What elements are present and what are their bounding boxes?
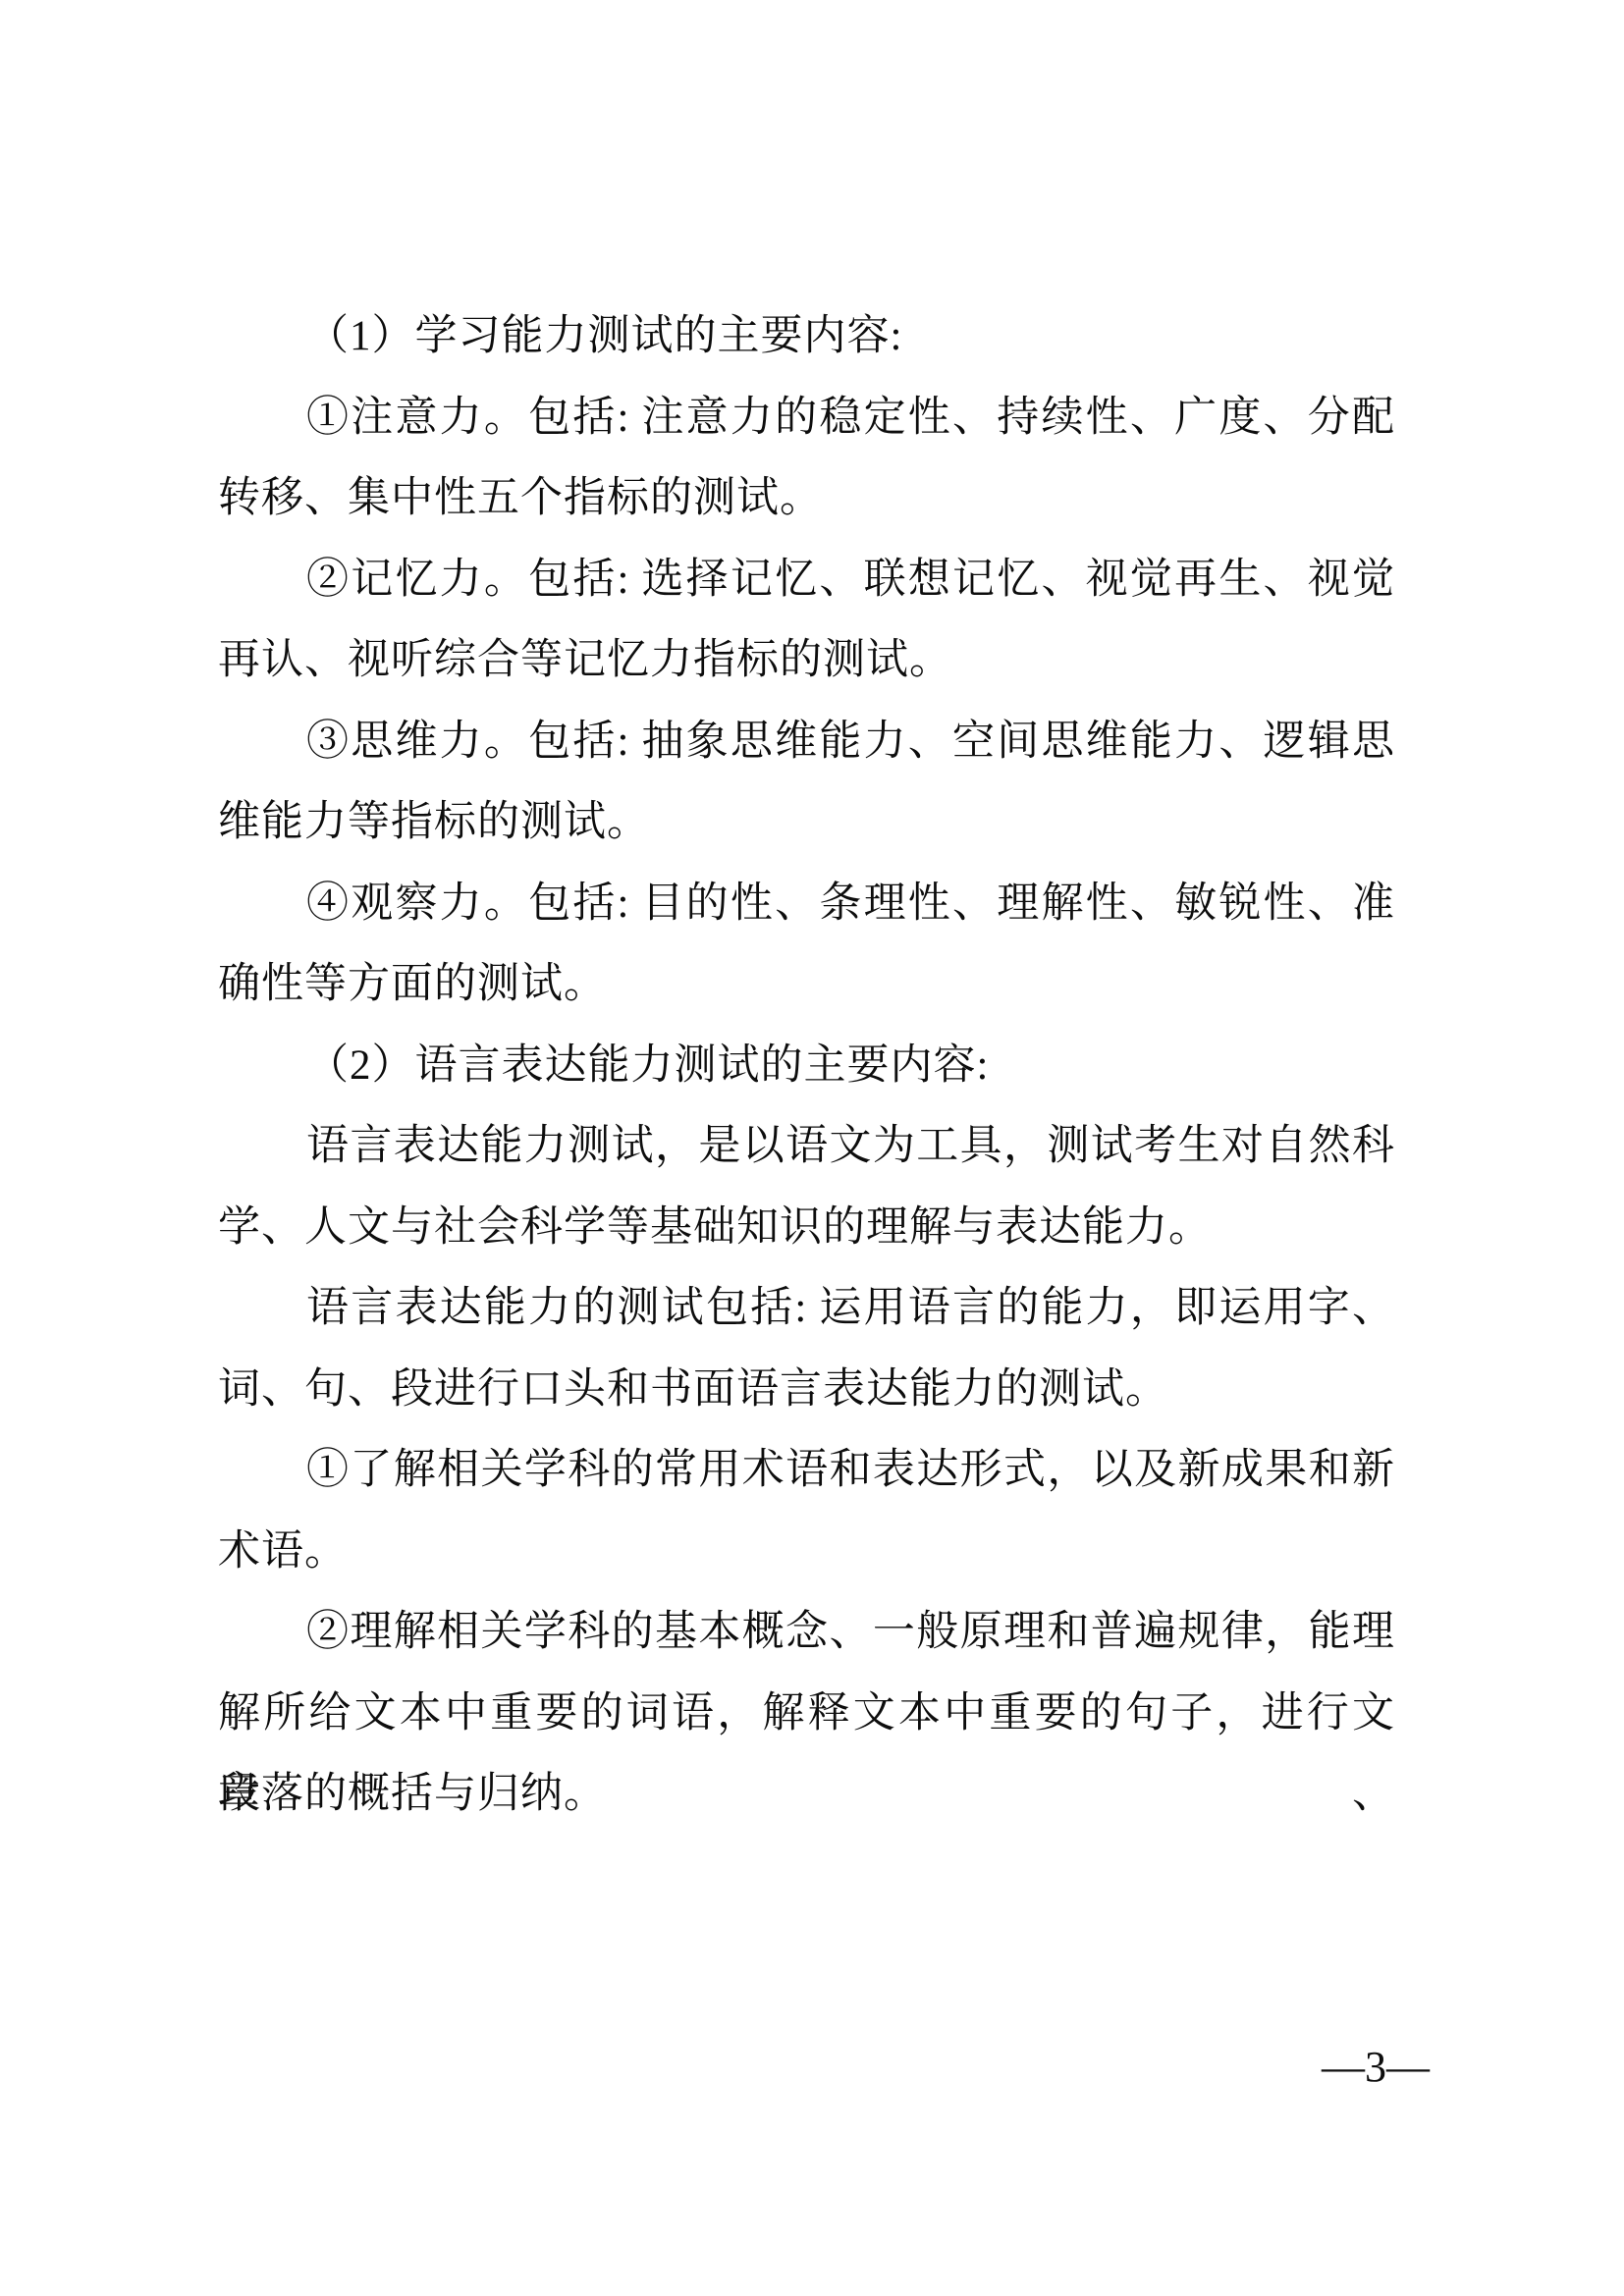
document-text-block: （1）学习能力测试的主要内容:①注意力。包括: 注意力的稳定性、持续性、广度、分…	[218, 296, 1394, 1836]
text-line: 确性等方面的测试。	[218, 944, 1394, 1026]
text-line: 转移、集中性五个指标的测试。	[218, 458, 1394, 540]
text-line: ③思维力。包括: 抽象思维能力、空间思维能力、逻辑思	[218, 702, 1394, 783]
text-line: （1）学习能力测试的主要内容:	[218, 296, 1394, 378]
text-line: ②理解相关学科的基本概念、一般原理和普遍规律，能理	[218, 1592, 1394, 1674]
text-line: 维能力等指标的测试。	[218, 782, 1394, 864]
text-line: ①注意力。包括: 注意力的稳定性、持续性、广度、分配	[218, 378, 1394, 459]
page-number: —3—	[1322, 2040, 1430, 2095]
document-page: （1）学习能力测试的主要内容:①注意力。包括: 注意力的稳定性、持续性、广度、分…	[0, 0, 1624, 2296]
text-line: 学、人文与社会科学等基础知识的理解与表达能力。	[218, 1188, 1394, 1269]
text-line: 再认、视听综合等记忆力指标的测试。	[218, 620, 1394, 702]
text-line: ④观察力。包括: 目的性、条理性、理解性、敏锐性、准	[218, 864, 1394, 945]
text-line: 词、句、段进行口头和书面语言表达能力的测试。	[218, 1350, 1394, 1431]
text-line: 术语。	[218, 1512, 1394, 1593]
text-line: 语言表达能力测试，是以语文为工具，测试考生对自然科	[218, 1106, 1394, 1188]
text-line: ①了解相关学科的常用术语和表达形式，以及新成果和新	[218, 1430, 1394, 1512]
text-line: （2）语言表达能力测试的主要内容:	[218, 1026, 1394, 1107]
text-line: 解所给文本中重要的词语，解释文本中重要的句子，进行文章、	[218, 1674, 1394, 1755]
text-line: ②记忆力。包括: 选择记忆、联想记忆、视觉再生、视觉	[218, 540, 1394, 621]
text-line: 语言表达能力的测试包括: 运用语言的能力，即运用字、	[218, 1268, 1394, 1350]
